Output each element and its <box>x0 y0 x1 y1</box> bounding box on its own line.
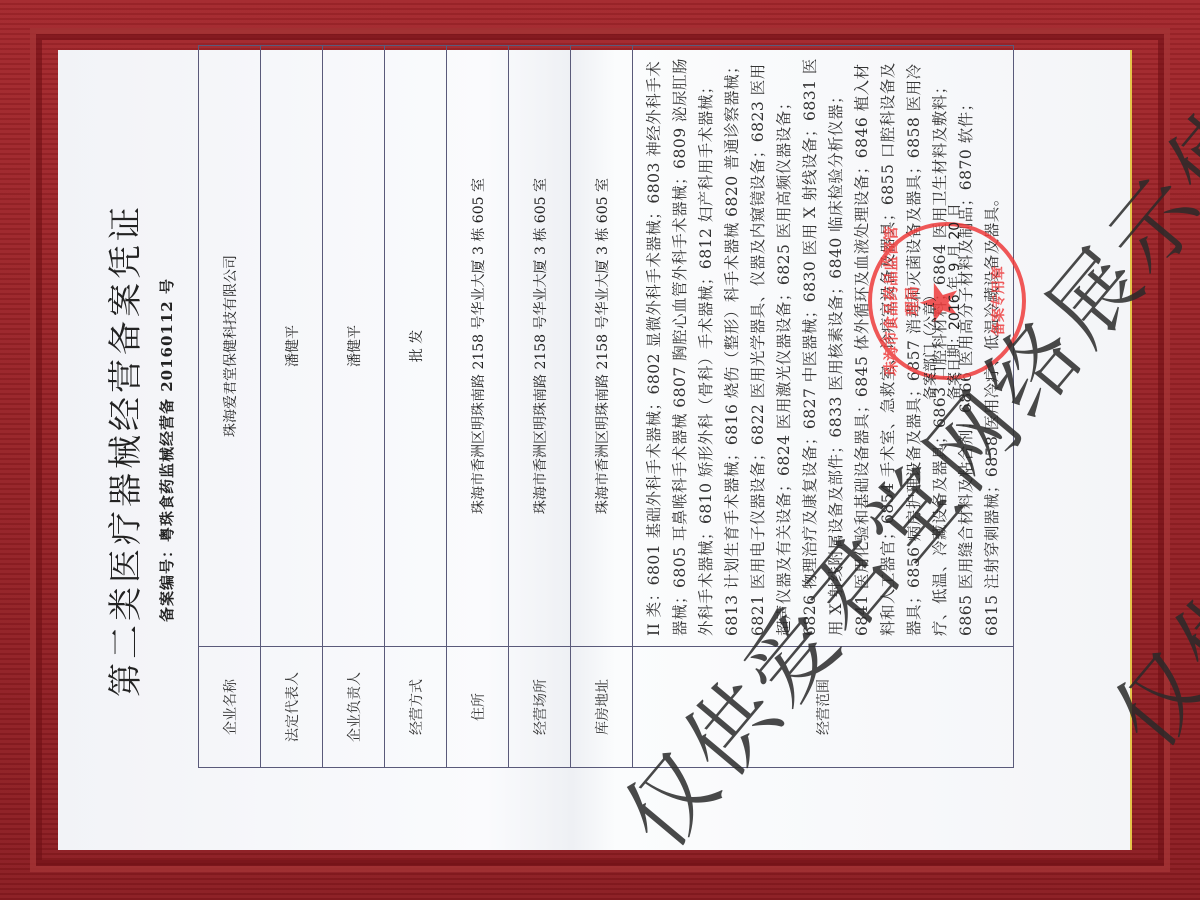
row-label: 住所 <box>447 647 509 768</box>
table-row: 住所 珠海市香洲区明珠南路 2158 号华业大厦 3 栋 605 室 <box>447 46 509 768</box>
table-row: 经营场所 珠海市香洲区明珠南路 2158 号华业大厦 3 栋 605 室 <box>509 46 571 768</box>
row-label: 法定代表人 <box>261 647 323 768</box>
table-row: 企业名称 珠海爱君堂保健科技有限公司 <box>199 46 261 768</box>
certificate-table: 企业名称 珠海爱君堂保健科技有限公司 法定代表人 潘健平 企业负责人 潘健平 经… <box>198 45 1014 768</box>
row-label: 经营场所 <box>509 647 571 768</box>
row-label: 企业负责人 <box>323 647 385 768</box>
business-premises: 珠海市香洲区明珠南路 2158 号华业大厦 3 栋 605 室 <box>509 46 571 647</box>
domicile-address: 珠海市香洲区明珠南路 2158 号华业大厦 3 栋 605 室 <box>447 46 509 647</box>
warehouse-address: 珠海市香洲区明珠南路 2158 号华业大厦 3 栋 605 室 <box>571 46 633 647</box>
table-row: 经营方式 批 发 <box>385 46 447 768</box>
enterprise-principal: 潘健平 <box>323 46 385 647</box>
record-number: 备案编号：粤珠食药监械经营备 20160112 号 <box>156 50 177 850</box>
enterprise-name: 珠海爱君堂保健科技有限公司 <box>199 46 261 647</box>
table-row: 法定代表人 潘健平 <box>261 46 323 768</box>
business-mode: 批 发 <box>385 46 447 647</box>
table-row: 库房地址 珠海市香洲区明珠南路 2158 号华业大厦 3 栋 605 室 <box>571 46 633 768</box>
row-label: 企业名称 <box>199 647 261 768</box>
certificate-title: 第二类医疗器械经营备案凭证 <box>98 50 147 850</box>
legal-representative: 潘健平 <box>261 46 323 647</box>
row-label: 经营方式 <box>385 647 447 768</box>
table-row: 企业负责人 潘健平 <box>323 46 385 768</box>
